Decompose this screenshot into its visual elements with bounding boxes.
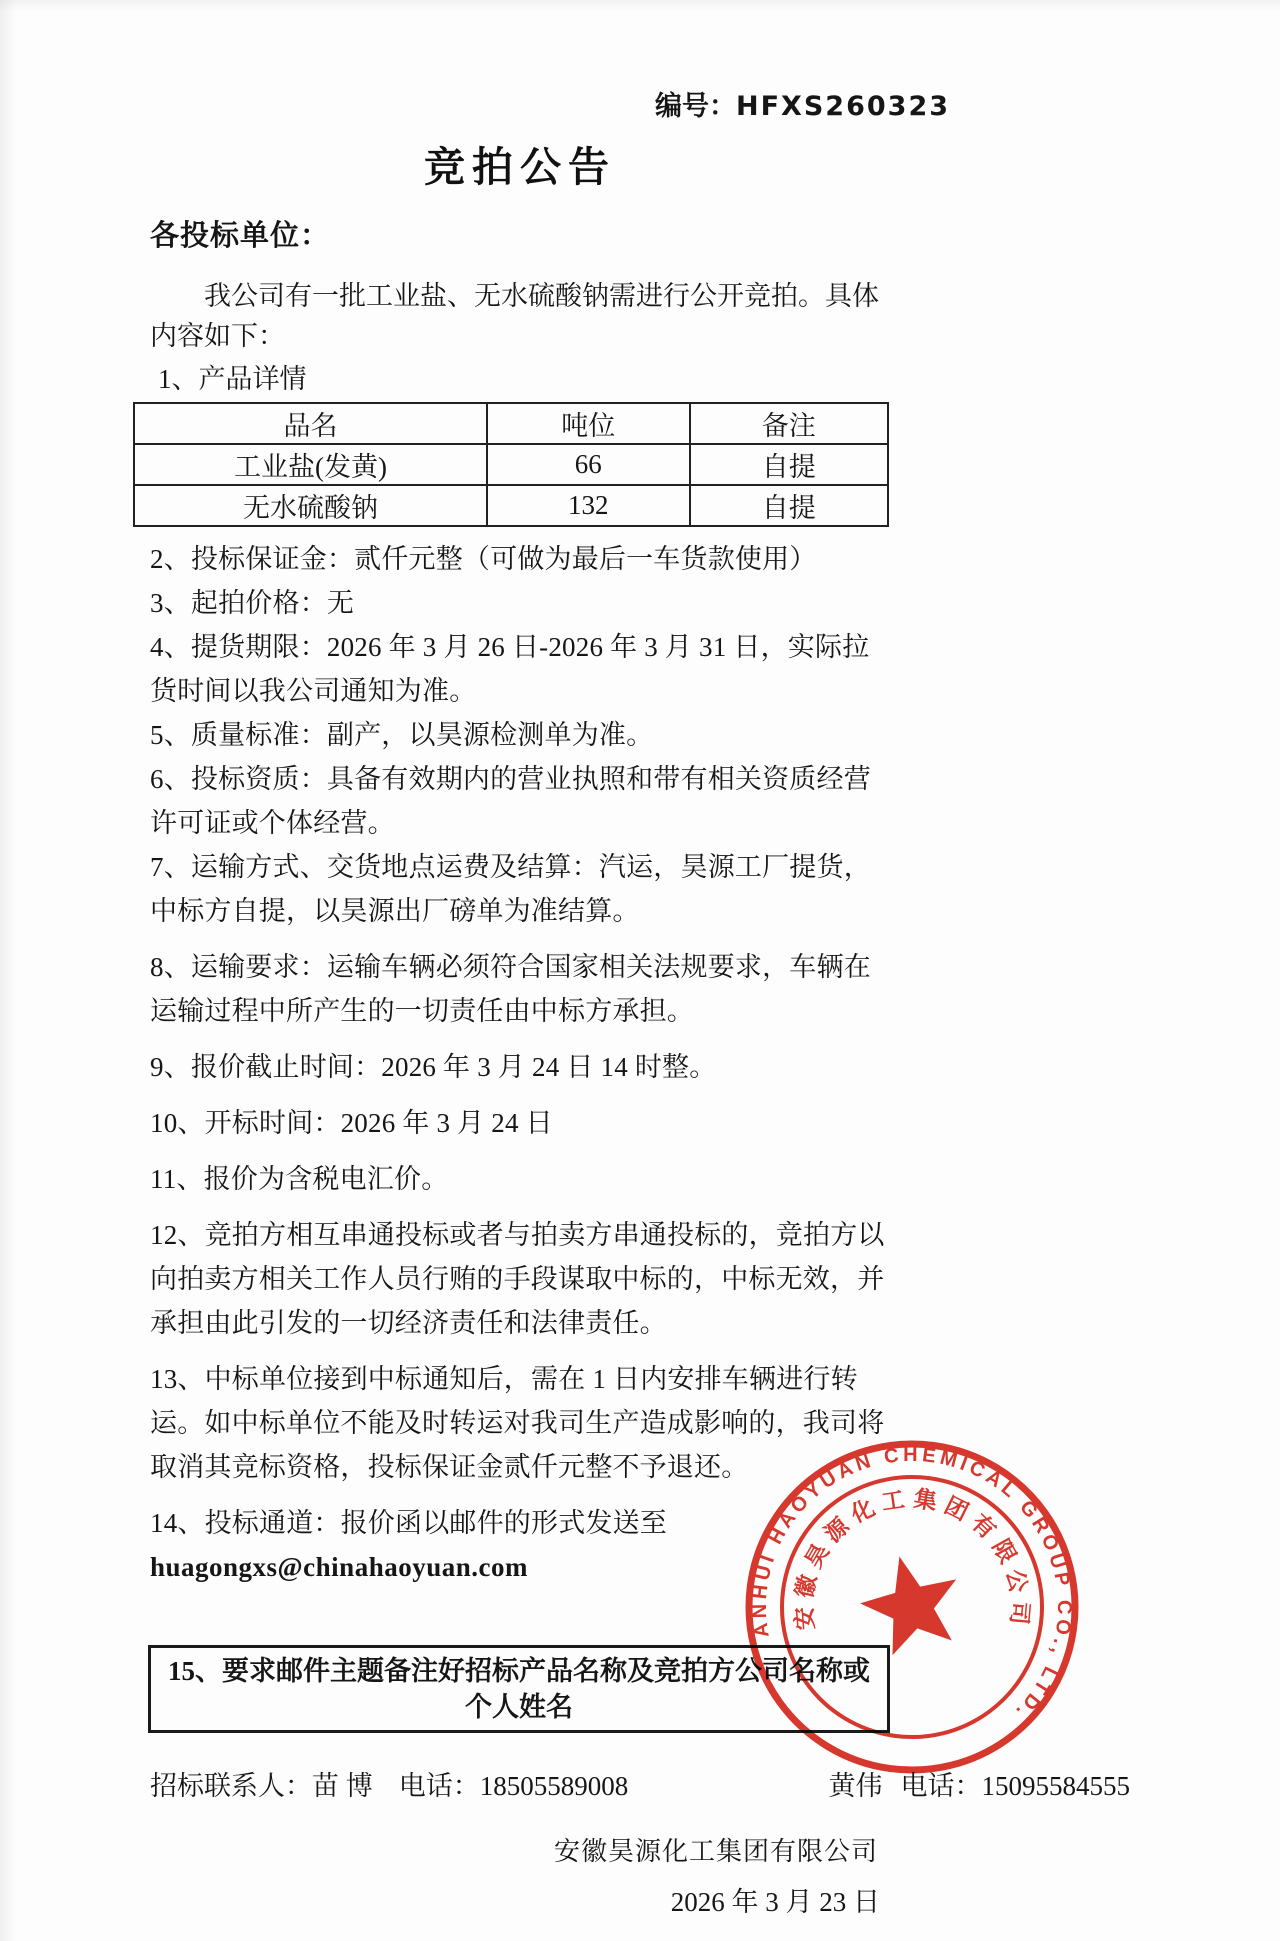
items-list: 2、投标保证金：贰仟元整（可做为最后一车货款使用） 3、起拍价格：无 4、提货期…	[150, 537, 890, 1589]
table-cell: 66	[487, 444, 690, 485]
document-body: 竞拍公告 各投标单位： 我公司有一批工业盐、无水硫酸钠需进行公开竞拍。具体内容如…	[150, 0, 890, 1919]
intro-paragraph: 我公司有一批工业盐、无水硫酸钠需进行公开竞拍。具体内容如下：	[150, 276, 890, 356]
contact-right: 黄伟电话：15095584555	[829, 1764, 1131, 1803]
table-cell: 132	[487, 485, 690, 526]
list-item-10: 10、开标时间：2026 年 3 月 24 日	[150, 1101, 890, 1145]
table-header-cell: 吨位	[487, 403, 690, 444]
table-header-cell: 品名	[134, 403, 487, 444]
section1-label: 1、产品详情	[150, 359, 890, 399]
list-item-6: 6、投标资质：具备有效期内的营业执照和带有相关资质经营许可证或个体经营。	[150, 757, 890, 845]
table-cell: 自提	[690, 485, 889, 526]
table-header-row: 品名 吨位 备注	[134, 403, 888, 444]
table-row: 无水硫酸钠 132 自提	[134, 485, 888, 526]
list-item-12: 12、竞拍方相互串通投标或者与拍卖方串通投标的，竞拍方以向拍卖方相关工作人员行贿…	[150, 1213, 890, 1345]
table-cell: 工业盐(发黄)	[134, 444, 487, 485]
list-item-11: 11、报价为含税电汇价。	[150, 1157, 890, 1201]
list-item-3: 3、起拍价格：无	[150, 581, 890, 625]
contact-left-phone: 18505589008	[480, 1771, 629, 1801]
document-page: 编号：HFXS260323 竞拍公告 各投标单位： 我公司有一批工业盐、无水硫酸…	[0, 0, 1280, 1941]
table-header-cell: 备注	[690, 403, 889, 444]
contact-left-label: 招标联系人：	[150, 1771, 312, 1801]
table-cell: 无水硫酸钠	[134, 485, 487, 526]
contact-left: 招标联系人：苗 博电话：18505589008	[150, 1764, 628, 1803]
table-row: 工业盐(发黄) 66 自提	[134, 444, 888, 485]
signature-date: 2026 年 3 月 23 日	[150, 1880, 890, 1919]
signature-company: 安徽昊源化工集团有限公司	[150, 1831, 890, 1868]
contact-right-phone: 15095584555	[982, 1771, 1131, 1801]
contact-left-name: 苗 博	[312, 1771, 373, 1801]
contacts-row: 招标联系人：苗 博电话：18505589008 黄伟电话：15095584555	[150, 1764, 1010, 1803]
table-cell: 自提	[690, 444, 889, 485]
salutation: 各投标单位：	[150, 213, 890, 254]
list-item-13: 13、中标单位接到中标通知后，需在 1 日内安排车辆进行转运。如中标单位不能及时…	[150, 1357, 890, 1489]
page-title: 竞拍公告	[150, 134, 890, 193]
list-item-5: 5、质量标准：副产，以昊源检测单为准。	[150, 713, 890, 757]
product-table: 品名 吨位 备注 工业盐(发黄) 66 自提 无水硫酸钠 132 自提	[133, 402, 889, 527]
contact-right-phone-label: 电话：	[901, 1771, 982, 1801]
list-item-4: 4、提货期限：2026 年 3 月 26 日-2026 年 3 月 31 日，实…	[150, 625, 890, 713]
list-item-14: 14、投标通道：报价函以邮件的形式发送至 huagongxs@chinahaoy…	[150, 1501, 890, 1589]
contact-right-name: 黄伟	[829, 1771, 883, 1801]
submission-email: huagongxs@chinahaoyuan.com	[150, 1552, 528, 1582]
contact-left-phone-label: 电话：	[399, 1771, 480, 1801]
list-item-8: 8、运输要求：运输车辆必须符合国家相关法规要求，车辆在运输过程中所产生的一切责任…	[150, 945, 890, 1033]
list-item-7: 7、运输方式、交货地点运费及结算：汽运，昊源工厂提货，中标方自提，以昊源出厂磅单…	[150, 845, 890, 933]
list-item-2: 2、投标保证金：贰仟元整（可做为最后一车货款使用）	[150, 537, 890, 581]
list-item-9: 9、报价截止时间：2026 年 3 月 24 日 14 时整。	[150, 1045, 890, 1089]
item-14-text: 14、投标通道：报价函以邮件的形式发送至	[150, 1508, 667, 1538]
item-15-box: 15、要求邮件主题备注好招标产品名称及竞拍方公司名称或个人姓名	[148, 1645, 890, 1733]
